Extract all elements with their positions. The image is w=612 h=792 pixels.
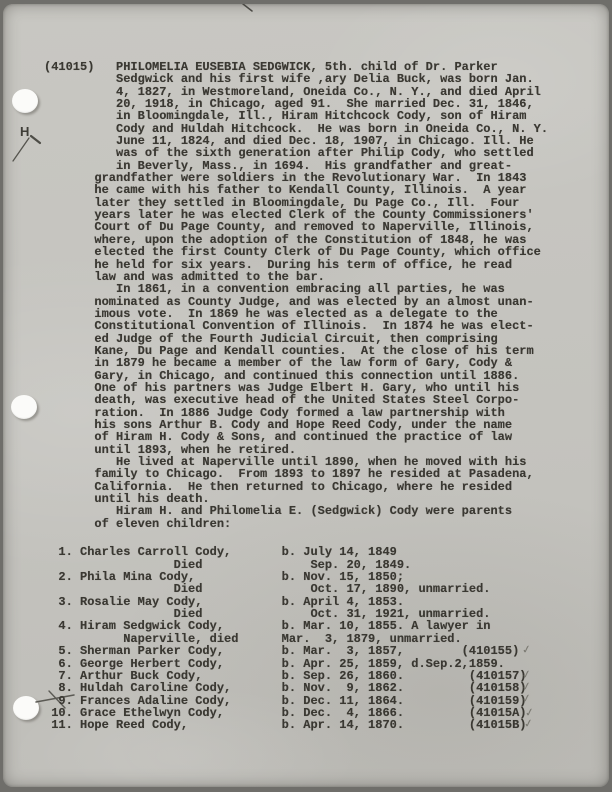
check-mark: ✓ (523, 716, 534, 730)
punch-hole-top (12, 89, 38, 113)
typed-line (44, 530, 584, 542)
punch-hole-middle (11, 395, 37, 419)
typed-line: Sedgwick and his first wife ,ary Delia B… (44, 73, 584, 85)
typed-line: death, was executive head of the United … (44, 394, 584, 406)
typed-line: Constitutional Convention of Illinois. I… (44, 320, 584, 332)
margin-note-h: H (20, 124, 29, 139)
scanned-document: { "document": { "page_id": "(41015)", "s… (0, 0, 612, 792)
typed-line: Died Oct. 17, 1890, unmarried. (44, 583, 584, 595)
typed-line: 11. Hope Reed Cody, b. Apr. 14, 1870. (4… (44, 719, 584, 731)
typed-line: 8. Huldah Caroline Cody, b. Nov. 9, 1862… (44, 682, 584, 694)
typed-line: he held for six years. During his term o… (44, 259, 584, 271)
typed-line: In 1861, in a convention embracing all p… (44, 283, 584, 295)
typed-line: 4. Hiram Sedgwick Cody, b. Mar. 10, 1855… (44, 620, 584, 632)
typed-line: elected the first County Clerk of Du Pag… (44, 246, 584, 258)
check-mark: ✓ (521, 691, 532, 705)
typed-line: 5. Sherman Parker Cody, b. Mar. 3, 1857,… (44, 645, 584, 657)
pencil-slash-mark (13, 138, 29, 161)
typed-line: of eleven children: (44, 518, 584, 530)
typed-text-block: (41015) PHILOMELIA EUSEBIA SEDGWICK, 5th… (44, 61, 584, 732)
check-mark: ✓ (521, 642, 532, 656)
paper-page: H (41015) PHILOMELIA EUSEBIA SEDGWICK, 5… (3, 4, 609, 787)
typed-line: family to Chicago. From 1893 to 1897 he … (44, 468, 584, 480)
typed-line: Court of Du Page County, and removed to … (44, 221, 584, 233)
punch-hole-bottom (13, 696, 39, 720)
pencil-top-edge-tick (243, 4, 252, 11)
typed-line: he came with his father to Kendall Count… (44, 184, 584, 196)
typed-line: was of the sixth generation after Philip… (44, 147, 584, 159)
typed-line: 6. George Herbert Cody, b. Apr. 25, 1859… (44, 658, 584, 670)
pencil-tick-mark (31, 136, 40, 143)
typed-line: 1. Charles Carroll Cody, b. July 14, 184… (44, 546, 584, 558)
typed-line: in Bloomingdale, Ill., Hiram Hitchcock C… (44, 110, 584, 122)
typed-line: Hiram H. and Philomelia E. (Sedgwick) Co… (44, 505, 584, 517)
typed-line: of Hiram H. Cody & Sons, and continued t… (44, 431, 584, 443)
typed-line: in 1879 he became a member of the law fo… (44, 357, 584, 369)
